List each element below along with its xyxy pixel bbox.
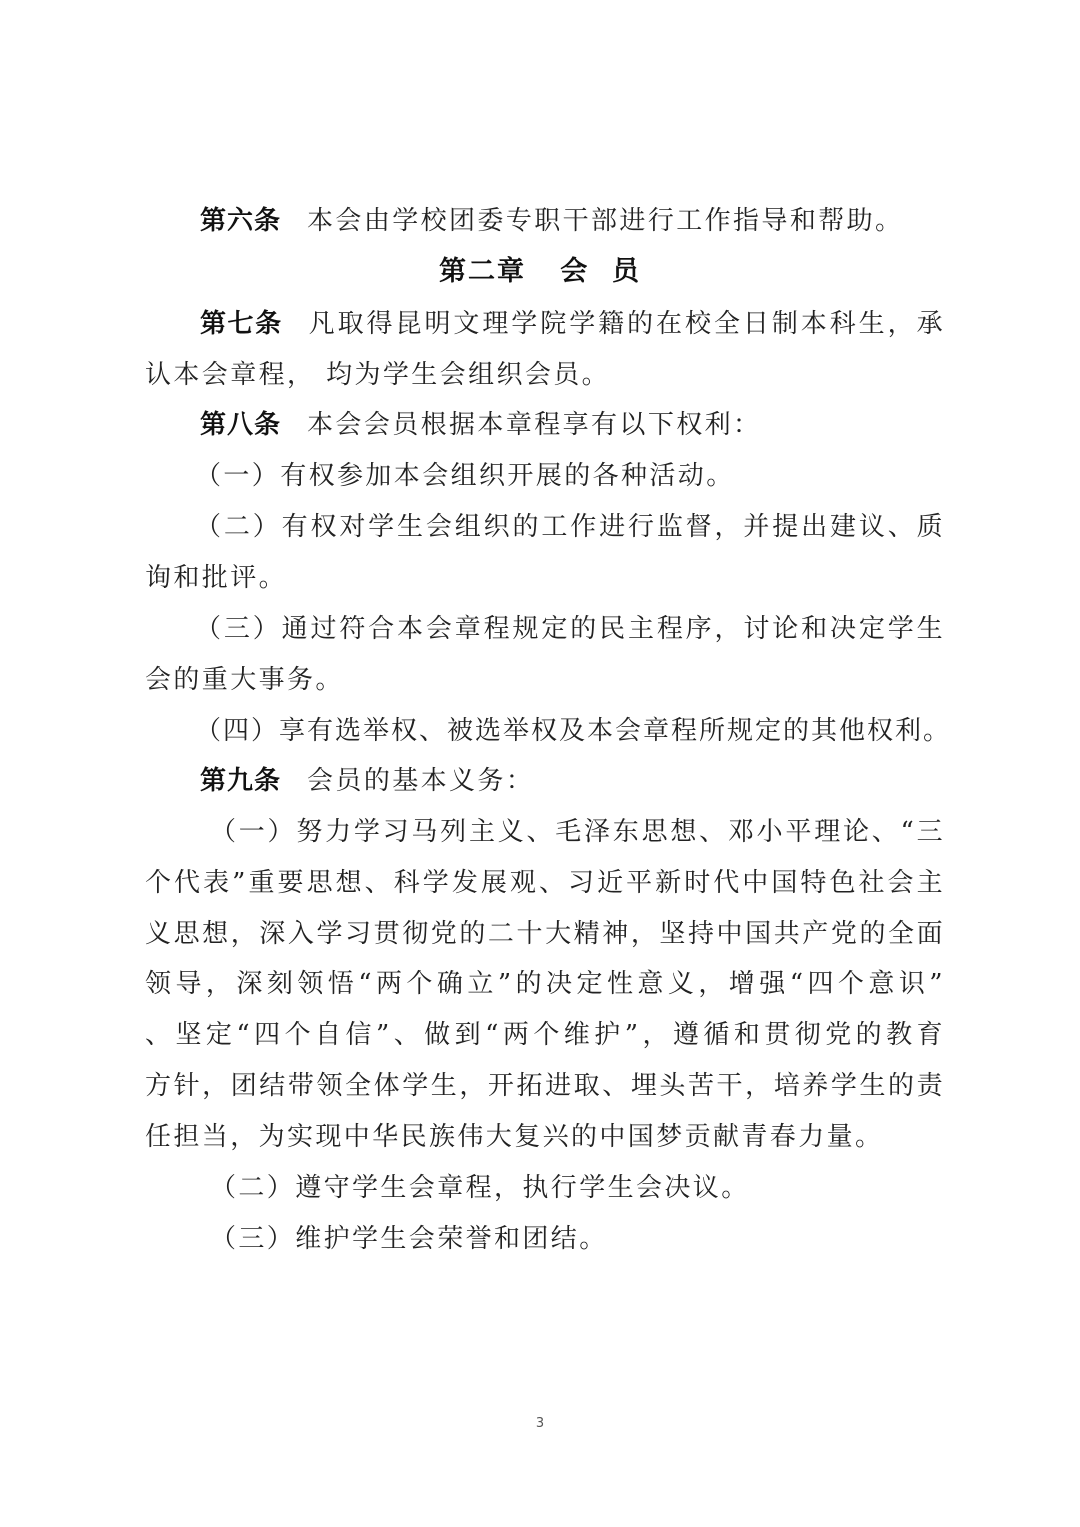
article-8-line-1: 第八条本会会员根据本章程享有以下权利： — [200, 405, 945, 445]
article-9-item-1-line-4: 领导，深刻领悟“两个确立”的决定性意义，增强“四个意识” — [145, 964, 945, 1004]
article-9-label: 第九条 — [200, 766, 281, 796]
article-9-line-1: 第九条会员的基本义务： — [200, 761, 945, 801]
article-7-line-2: 认本会章程， 均为学生会组织会员。 — [145, 355, 945, 395]
article-8-item-3-line-2: 会的重大事务。 — [145, 660, 945, 700]
article-7-line-1: 第七条凡取得昆明文理学院学籍的在校全日制本科生，承 — [200, 304, 945, 344]
article-7-label: 第七条 — [200, 309, 283, 339]
document-page: 第六条本会由学校团委专职干部进行工作指导和帮助。 第二章 会 员 第七条凡取得昆… — [0, 0, 1080, 1527]
chapter-heading: 第二章 会 员 — [0, 252, 1080, 292]
article-8-item-2-line-2: 询和批评。 — [145, 558, 945, 598]
article-8-item-2-line-1: （二）有权对学生会组织的工作进行监督，并提出建议、质 — [195, 507, 945, 547]
article-9-item-1-line-1: （一）努力学习马列主义、毛泽东思想、邓小平理论、“三 — [210, 812, 945, 852]
article-6-label: 第六条 — [200, 206, 281, 236]
article-9-item-1-line-6: 方针，团结带领全体学生，开拓进取、埋头苦干，培养学生的责 — [145, 1066, 945, 1106]
article-7-text-1: 凡取得昆明文理学院学籍的在校全日制本科生，承 — [309, 309, 945, 339]
page-number: 3 — [0, 1416, 1080, 1431]
article-8-label: 第八条 — [200, 410, 281, 440]
article-6-text: 本会由学校团委专职干部进行工作指导和帮助。 — [307, 206, 903, 236]
article-8-item-3-line-1: （三）通过符合本会章程规定的民主程序，讨论和决定学生 — [195, 609, 945, 649]
article-9-item-1-line-3: 义思想，深入学习贯彻党的二十大精神，坚持中国共产党的全面 — [145, 914, 945, 954]
article-9-item-3: （三）维护学生会荣誉和团结。 — [210, 1219, 945, 1259]
article-9-item-2: （二）遵守学生会章程，执行学生会决议。 — [210, 1168, 945, 1208]
article-9-item-1-line-5: 、坚定“四个自信”、做到“两个维护”，遵循和贯彻党的教育 — [145, 1015, 945, 1055]
article-8-item-1: （一）有权参加本会组织开展的各种活动。 — [195, 456, 940, 496]
article-8-text: 本会会员根据本章程享有以下权利： — [307, 410, 761, 440]
article-6-line-1: 第六条本会由学校团委专职干部进行工作指导和帮助。 — [200, 201, 945, 241]
article-9-text: 会员的基本义务： — [307, 766, 534, 796]
article-8-item-4: （四）享有选举权、被选举权及本会章程所规定的其他权利。 — [195, 711, 950, 751]
article-9-item-1-line-2: 个代表”重要思想、科学发展观、习近平新时代中国特色社会主 — [145, 863, 945, 903]
article-9-item-1-line-7: 任担当，为实现中华民族伟大复兴的中国梦贡献青春力量。 — [145, 1117, 945, 1157]
